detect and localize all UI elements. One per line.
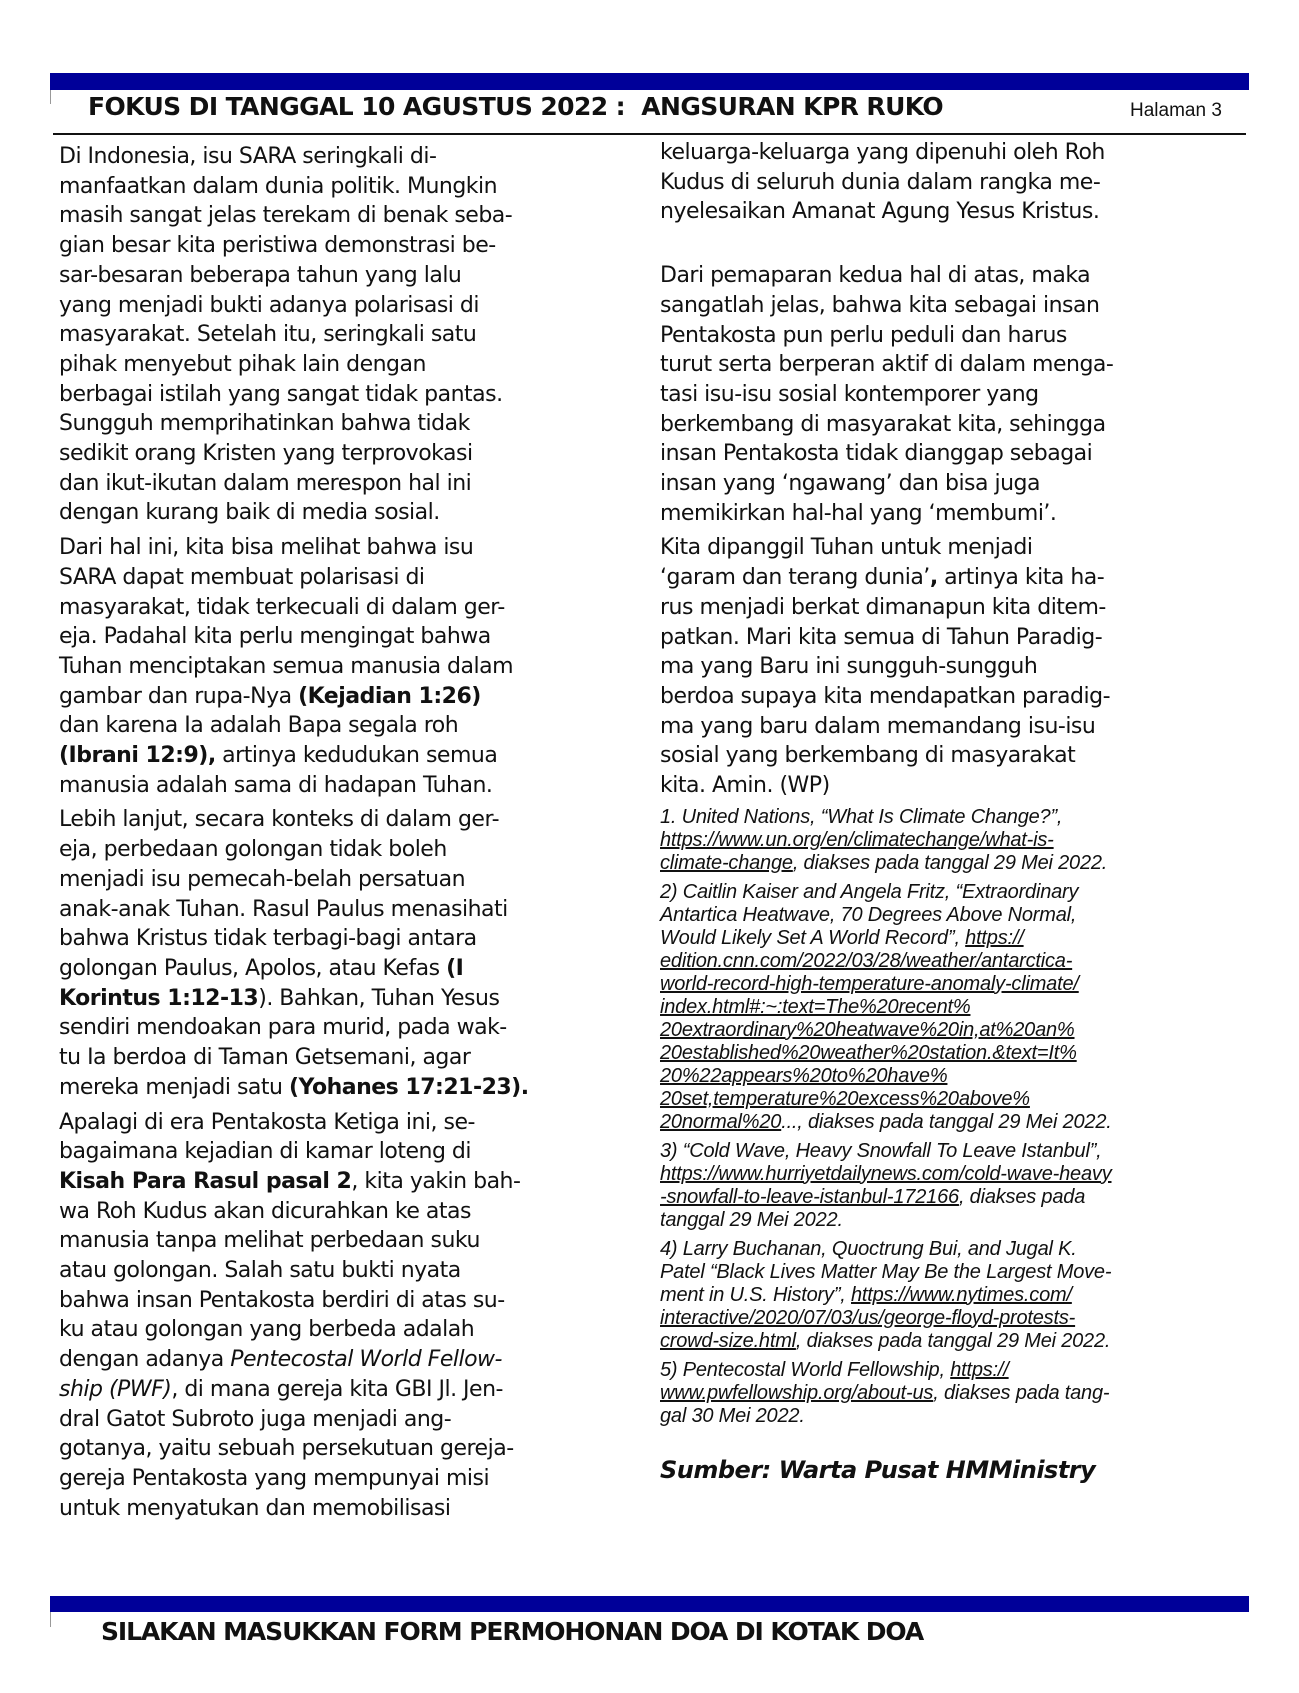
paragraph-sara-politics: Di Indonesia, isu SARA seringkali di- ma… — [59, 142, 649, 528]
paragraph-continuation: keluarga-keluarga yang dipenuhi oleh Roh… — [660, 138, 1250, 227]
reference-link[interactable]: https:// edition.cnn.com/2022/03/28/weat… — [660, 927, 1079, 1133]
reference-item: 5) Pentecostal World Fellowship, https:/… — [660, 1359, 1250, 1428]
left-column: Di Indonesia, isu SARA seringkali di- ma… — [59, 142, 649, 1528]
text-segment: , kita yakin bah- wa Roh Kudus akan dicu… — [59, 1169, 520, 1372]
paragraph-gap — [660, 232, 1250, 261]
scripture-reference: (Ibrani 12:9), — [59, 743, 216, 768]
reference-text: 1. United Nations, “What Is Climate Chan… — [660, 806, 1062, 828]
footer-color-bar — [50, 1596, 1249, 1612]
text-segment: dan karena Ia adalah Bapa segala roh — [59, 713, 458, 738]
footer-prayer-notice: SILAKAN MASUKKAN FORM PERMOHONAN DOA DI … — [101, 1617, 923, 1646]
paragraph-pentecost: Apalagi di era Pentakosta Ketiga ini, se… — [59, 1108, 649, 1524]
header-divider — [53, 133, 1246, 135]
text-segment: , — [930, 565, 938, 590]
reference-text: 3) “Cold Wave, Heavy Snowfall To Leave I… — [660, 1140, 1102, 1162]
text-segment: Apalagi di era Pentakosta Ketiga ini, se… — [59, 1110, 475, 1165]
reference-text: ..., diakses pada tanggal 29 Mei 2022. — [781, 1111, 1111, 1133]
right-column: keluarga-keluarga yang dipenuhi oleh Roh… — [660, 138, 1250, 1485]
paragraph-church-unity: Lebih lanjut, secara konteks di dalam ge… — [59, 805, 649, 1102]
footer-bar-tick — [50, 1612, 51, 1627]
reference-text: , diakses pada tanggal 29 Mei 2022. — [796, 1330, 1110, 1352]
text-segment: artinya kita ha- rus menjadi berkat dima… — [660, 565, 1110, 798]
header-color-bar — [50, 73, 1249, 90]
paragraph-call-to-action: Kita dipanggil Tuhan untuk menjadi ‘gara… — [660, 533, 1250, 800]
paragraph-polarization: Dari hal ini, kita bisa melihat bahwa is… — [59, 533, 649, 800]
scripture-reference: (Kejadian 1:26) — [298, 684, 481, 709]
reference-text: 5) Pentecostal World Fellowship, — [660, 1359, 950, 1381]
reference-item: 1. United Nations, “What Is Climate Chan… — [660, 806, 1250, 875]
references-list: 1. United Nations, “What Is Climate Chan… — [660, 806, 1250, 1428]
reference-item: 4) Larry Buchanan, Quoctrung Bui, and Ju… — [660, 1238, 1250, 1353]
scripture-reference: Kisah Para Rasul pasal 2 — [59, 1169, 351, 1194]
reference-item: 2) Caitlin Kaiser and Angela Fritz, “Ext… — [660, 881, 1250, 1134]
reference-item: 3) “Cold Wave, Heavy Snowfall To Leave I… — [660, 1140, 1250, 1232]
text-segment: Dari hal ini, kita bisa melihat bahwa is… — [59, 535, 513, 709]
text-segment: Lebih lanjut, secara konteks di dalam ge… — [59, 807, 508, 981]
page-number: Halaman 3 — [1130, 100, 1222, 122]
page-title: FOKUS DI TANGGAL 10 AGUSTUS 2022 : ANGSU… — [88, 92, 943, 121]
paragraph-conclusion: Dari pemaparan kedua hal di atas, maka s… — [660, 261, 1250, 528]
source-attribution: Sumber: Warta Pusat HMMinistry — [660, 1456, 1250, 1486]
scripture-reference: (Yohanes 17:21-23). — [289, 1075, 529, 1100]
reference-text: , diakses pada tanggal 29 Mei 2022. — [793, 852, 1107, 874]
header-bar-tick — [50, 90, 51, 104]
